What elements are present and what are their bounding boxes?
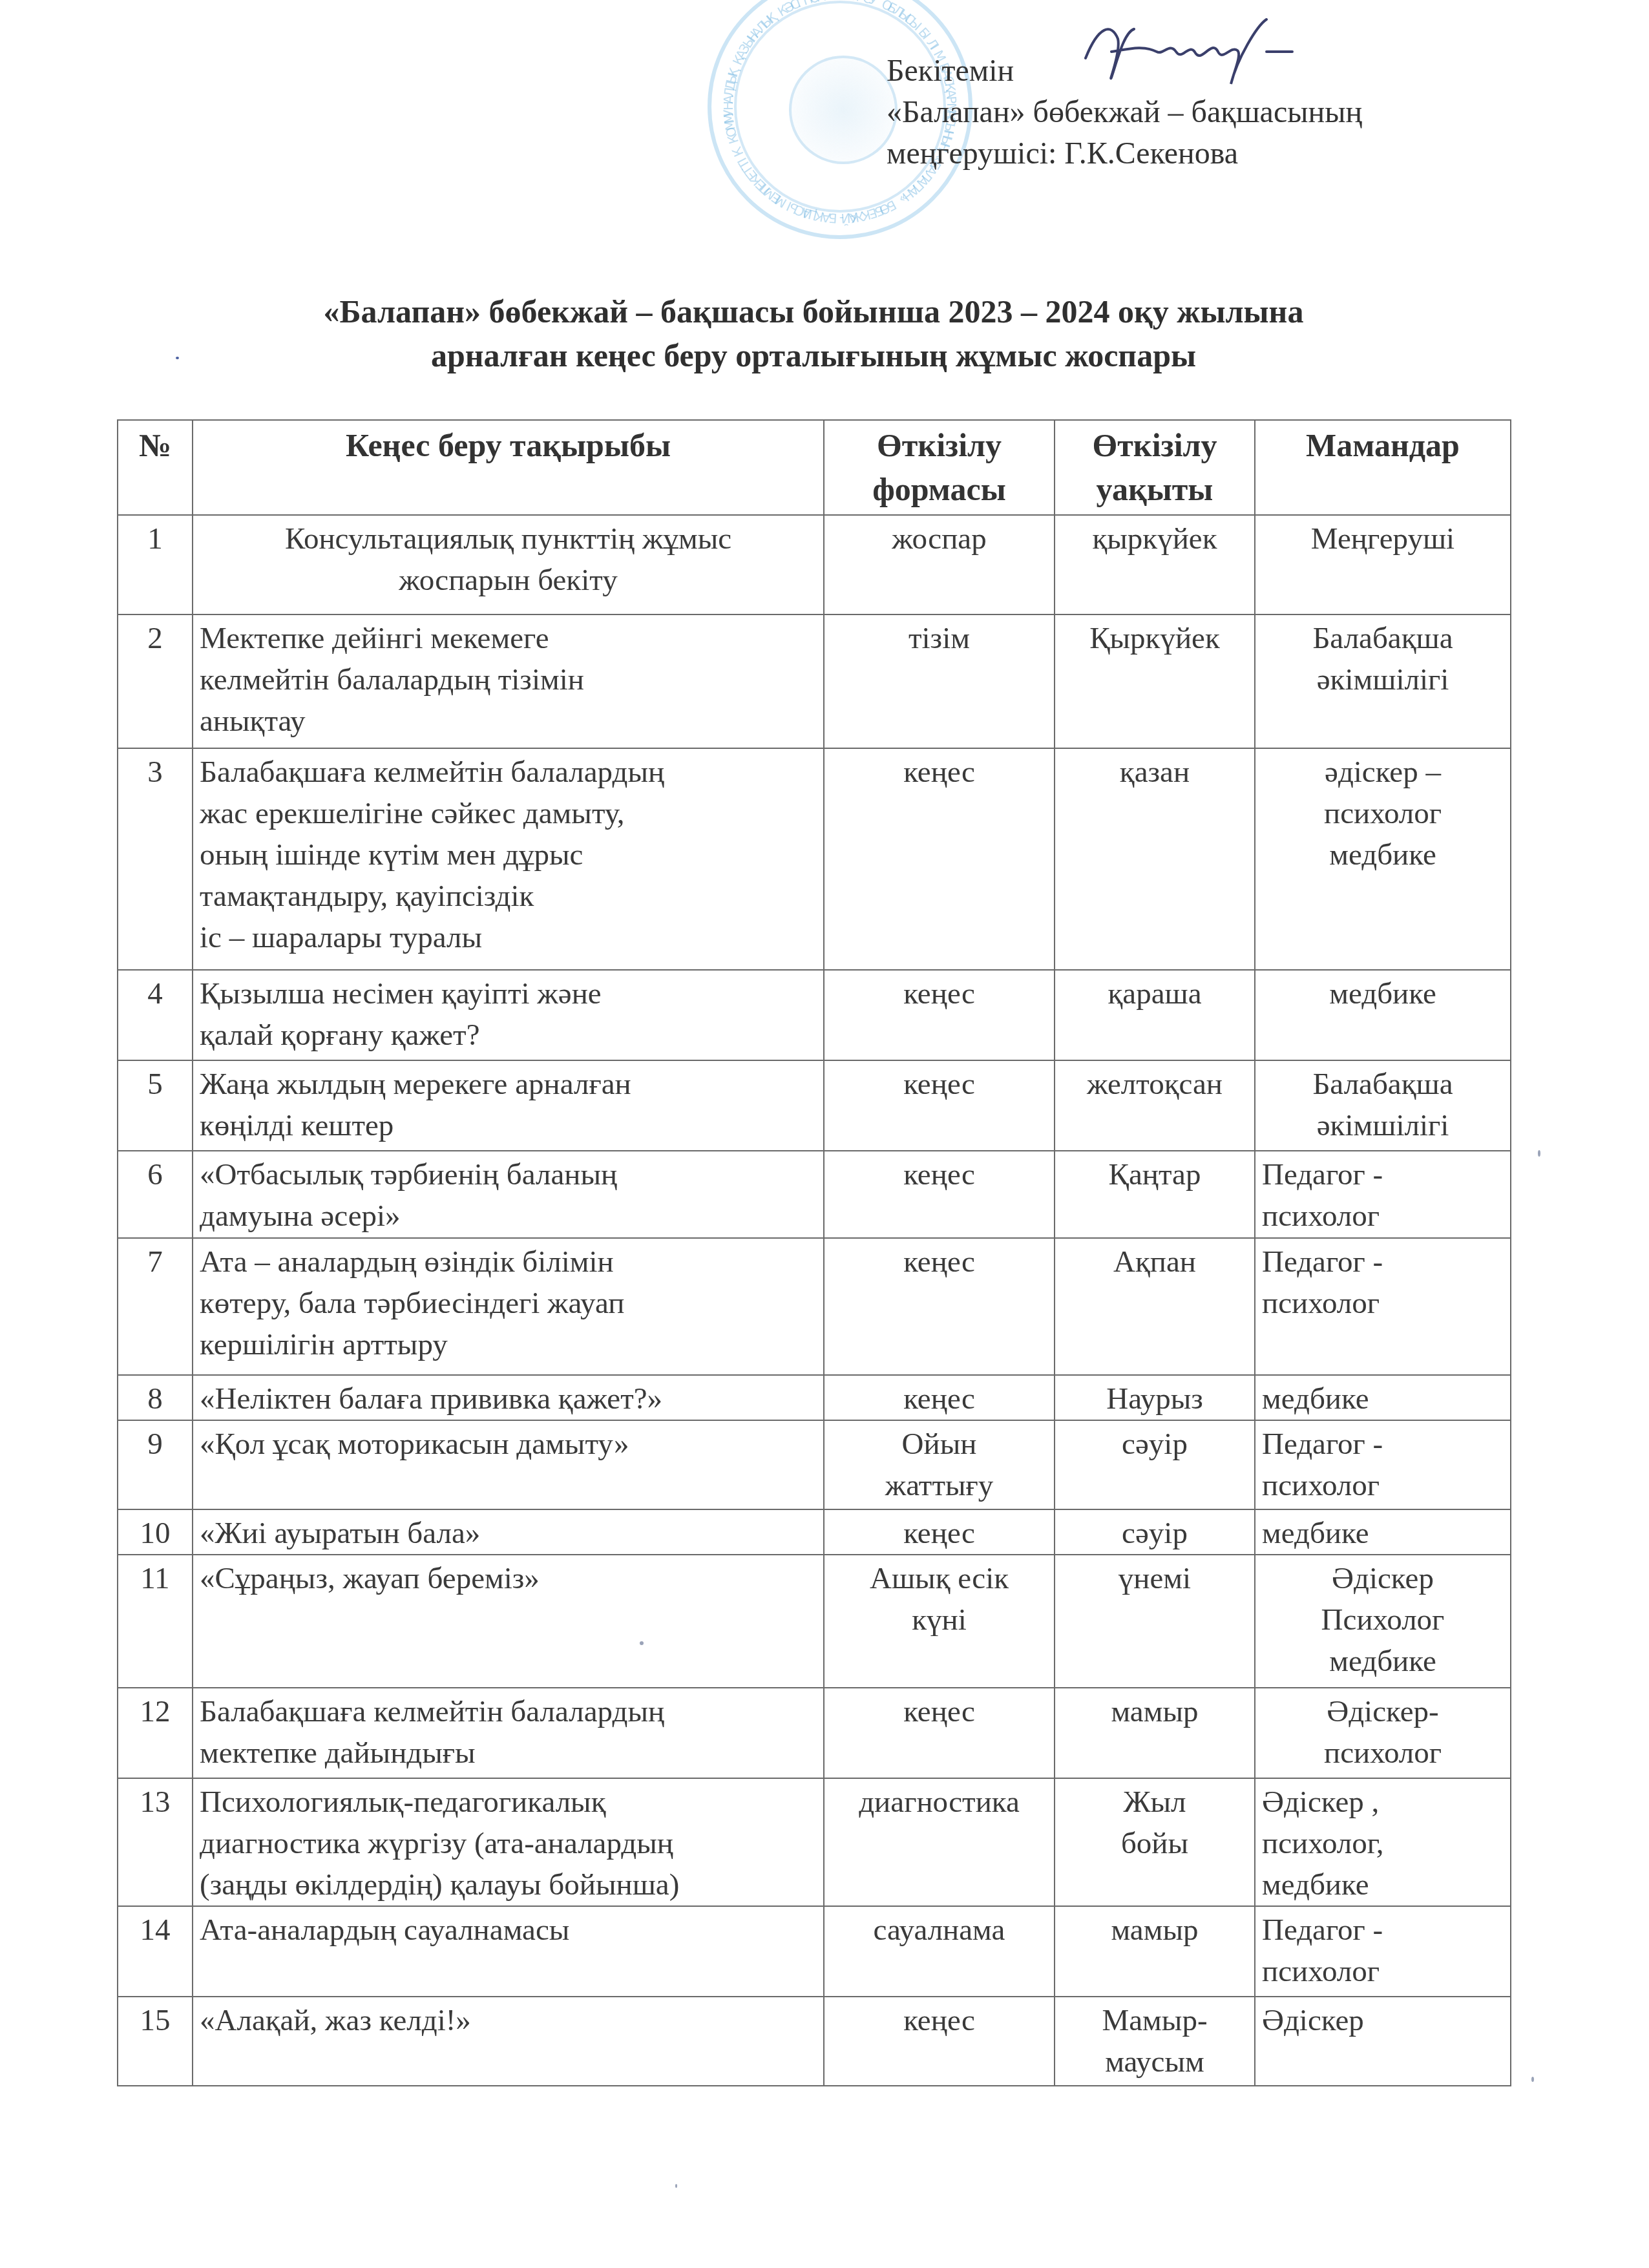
scan-speck [675,2184,677,2188]
table-row: 13Психологиялық-педагогикалық диагностик… [118,1778,1511,1906]
row-specialists: Педагог - психолог [1255,1151,1511,1238]
scan-speck [1531,2077,1534,2082]
row-number: 7 [118,1238,193,1375]
row-topic: Ата-аналардың сауалнамасы [193,1906,824,1997]
row-topic: Психологиялық-педагогикалық диагностика … [193,1778,824,1906]
row-topic: Ата – аналардың өзіндік білімін көтеру, … [193,1238,824,1375]
table-row: 6«Отбасылық тәрбиенің баланың дамуына әс… [118,1151,1511,1238]
scan-speck [176,357,179,359]
row-specialists: әдіскер – психолог медбике [1255,748,1511,970]
row-number: 3 [118,748,193,970]
header-time: Өткізілу уақыты [1055,420,1255,515]
row-time: Қаңтар [1055,1151,1255,1238]
row-time: Наурыз [1055,1375,1255,1420]
row-form: кеңес [824,1375,1055,1420]
row-specialists: медбике [1255,970,1511,1060]
row-form: кеңес [824,1997,1055,2086]
row-form: кеңес [824,1238,1055,1375]
table-row: 4 Қызылша несімен қауіпті және қалай қор… [118,970,1511,1060]
row-time: желтоқсан [1055,1060,1255,1151]
row-topic: «Қол ұсақ моторикасын дамыту» [193,1420,824,1509]
table-row: 9«Қол ұсақ моторикасын дамыту»Ойын жатты… [118,1420,1511,1509]
row-time: Мамыр- маусым [1055,1997,1255,2086]
table-row: 8«Неліктен балаға прививка қажет?»кеңесН… [118,1375,1511,1420]
row-form: кеңес [824,1688,1055,1778]
title-line-1: «Балапан» бөбекжай – бақшасы бойынша 202… [117,289,1510,333]
row-number: 11 [118,1555,193,1688]
table-row: 7Ата – аналардың өзіндік білімін көтеру,… [118,1238,1511,1375]
row-number: 5 [118,1060,193,1151]
row-number: 6 [118,1151,193,1238]
row-number: 15 [118,1997,193,2086]
row-topic: «Отбасылық тәрбиенің баланың дамуына әсе… [193,1151,824,1238]
row-specialists: медбике [1255,1509,1511,1555]
table-row: 11«Сұраңыз, жауап береміз»Ашық есік күні… [118,1555,1511,1688]
header-number: № [118,420,193,515]
row-form: жоспар [824,515,1055,614]
header-form: Өткізілу формасы [824,420,1055,515]
row-number: 1 [118,515,193,614]
table-row: 3Балабақшаға келмейтін балалардың жас ер… [118,748,1511,970]
row-form: Ашық есік күні [824,1555,1055,1688]
row-topic: Жаңа жылдың мерекеге арналған көңілді ке… [193,1060,824,1151]
row-form: диагностика [824,1778,1055,1906]
row-specialists: Әдіскер [1255,1997,1511,2086]
row-topic: Балабақшаға келмейтін балалардың жас ере… [193,748,824,970]
row-specialists: Педагог - психолог [1255,1906,1511,1997]
row-time: сәуір [1055,1420,1255,1509]
row-specialists: Меңгеруші [1255,515,1511,614]
row-time: мамыр [1055,1906,1255,1997]
row-specialists: медбике [1255,1375,1511,1420]
row-form: кеңес [824,1060,1055,1151]
row-topic: Мектепке дейінгі мекемеге келмейтін бала… [193,614,824,748]
table-row: 5Жаңа жылдың мерекеге арналған көңілді к… [118,1060,1511,1151]
row-form: кеңес [824,748,1055,970]
row-specialists: Балабақша әкімшілігі [1255,1060,1511,1151]
row-form: кеңес [824,1151,1055,1238]
row-specialists: Әдіскер- психолог [1255,1688,1511,1778]
approval-organization: «Балапан» бөбекжай – бақшасының [887,92,1362,133]
row-number: 8 [118,1375,193,1420]
title-line-2: арналған кеңес беру орталығының жұмыс жо… [117,333,1510,377]
row-number: 9 [118,1420,193,1509]
row-specialists: Әдіскер , психолог, медбике [1255,1778,1511,1906]
row-time: сәуір [1055,1509,1255,1555]
consultation-plan-table: № Кеңес беру тақырыбы Өткізілу формасы Ө… [117,419,1511,2086]
scan-speck [1538,1150,1540,1157]
row-topic: «Сұраңыз, жауап береміз» [193,1555,824,1688]
row-time: мамыр [1055,1688,1255,1778]
row-specialists: Балабақша әкімшілігі [1255,614,1511,748]
row-specialists: Педагог - психолог [1255,1238,1511,1375]
row-specialists: Әдіскер Психолог медбике [1255,1555,1511,1688]
row-number: 10 [118,1509,193,1555]
header-topic: Кеңес беру тақырыбы [193,420,824,515]
row-form: Ойын жаттығу [824,1420,1055,1509]
header-specialists: Мамандар [1255,420,1511,515]
row-number: 12 [118,1688,193,1778]
table-row: 14Ата-аналардың сауалнамасысауалнамамамы… [118,1906,1511,1997]
approval-label: Бекітемін [887,50,1362,92]
row-time: қараша [1055,970,1255,1060]
row-topic: «Неліктен балаға прививка қажет?» [193,1375,824,1420]
row-number: 4 [118,970,193,1060]
row-topic: Консультациялық пункттің жұмыс жоспарын … [193,515,824,614]
row-time: Жыл бойы [1055,1778,1255,1906]
table-row: 1Консультациялық пункттің жұмыс жоспарын… [118,515,1511,614]
row-specialists: Педагог - психолог [1255,1420,1511,1509]
row-time: қыркүйек [1055,515,1255,614]
row-number: 13 [118,1778,193,1906]
row-topic: «Жиі ауыратын бала» [193,1509,824,1555]
approval-head-name: меңгерушісі: Г.К.Секенова [887,133,1362,174]
document-title: «Балапан» бөбекжай – бақшасы бойынша 202… [117,289,1510,377]
table-row: 10«Жиі ауыратын бала»кеңессәуірмедбике [118,1509,1511,1555]
row-form: сауалнама [824,1906,1055,1997]
table-header-row: № Кеңес беру тақырыбы Өткізілу формасы Ө… [118,420,1511,515]
row-time: Қыркүйек [1055,614,1255,748]
row-time: қазан [1055,748,1255,970]
row-topic: Қызылша несімен қауіпті және қалай қорға… [193,970,824,1060]
row-form: кеңес [824,970,1055,1060]
row-number: 2 [118,614,193,748]
table-row: 15«Алақай, жаз келді!»кеңесМамыр- маусым… [118,1997,1511,2086]
row-form: тізім [824,614,1055,748]
table-row: 2Мектепке дейінгі мекемеге келмейтін бал… [118,614,1511,748]
table-row: 12Балабақшаға келмейтін балалардың мекте… [118,1688,1511,1778]
row-form: кеңес [824,1509,1055,1555]
row-topic: Балабақшаға келмейтін балалардың мектепк… [193,1688,824,1778]
row-time: үнемі [1055,1555,1255,1688]
row-time: Ақпан [1055,1238,1255,1375]
row-number: 14 [118,1906,193,1997]
approval-block: Бекітемін «Балапан» бөбекжай – бақшасыны… [887,50,1362,174]
row-topic: «Алақай, жаз келді!» [193,1997,824,2086]
